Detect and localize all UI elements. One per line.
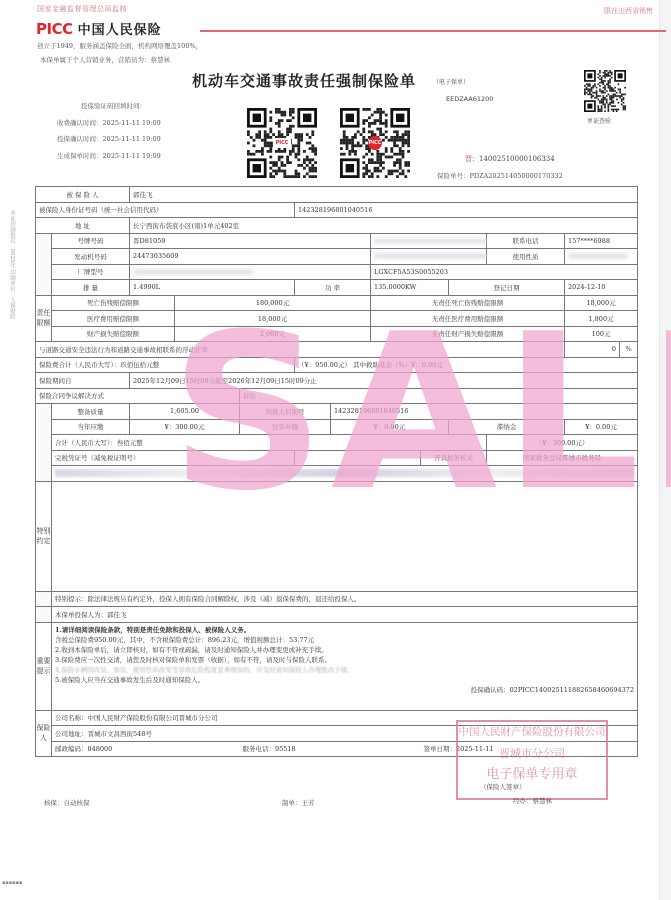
- tax-side-label: [36, 404, 52, 482]
- handler: 经办：蔡慧林: [513, 796, 552, 805]
- verify-qr-code-icon[interactable]: [584, 70, 626, 112]
- liability-row: 财产损失赔偿限额 2,000元 无责任财产损失赔偿限额 100元: [36, 326, 638, 342]
- insurer-side-label: 保险人: [36, 710, 52, 757]
- policyholder-row: 本保单投保人为：郭佳飞: [36, 607, 638, 623]
- policy-table: 被 保 险 人 郭佳飞 被保险人身份证号码（统一社会信用代码） 14232819…: [35, 186, 638, 757]
- insured-id-row: 被保险人身份证号码（统一社会信用代码） 142328196801040516: [36, 202, 638, 218]
- insurance-period: 2025年12月09日15时09分起至2026年12月09日15时09分止: [130, 373, 638, 389]
- usage-type: [565, 249, 638, 265]
- tax-office: 国家税务总局晋城市税务局: [487, 450, 638, 466]
- form-code: EEDZAA61200: [446, 95, 493, 103]
- picc-badge-icon: PICC: [273, 138, 291, 148]
- premium-amount: （¥：950.00元）: [298, 361, 351, 369]
- engine-row: 发动机号码 24473035609 使用性质: [36, 249, 638, 265]
- policy-document: 国家金融监督管理总局监制 PICC 中国人民保险 限在山西省销售 创立于1949…: [0, 0, 671, 900]
- tax-row: 当年应缴 ¥：300.00元 往年补缴 ¥：0.00元 滞纳金 ¥：0.00元: [36, 419, 638, 435]
- regulator-note: 国家金融监督管理总局监制: [37, 4, 127, 14]
- vin-number: LGXCF5A53S0055203: [371, 264, 638, 280]
- displacement-row: 排 量 1.4990L 功 率 135.0000KW 登记日期 2024-12-…: [36, 280, 638, 296]
- picc-badge-icon: PICC: [368, 136, 382, 150]
- insured-address: 长宁西街布袋底小区(南)1单元402室: [130, 218, 638, 234]
- important-notes-row: 重要提示 1.请详细阅读保险条款，特别是责任免除和投保人、被保险人义务。 含税总…: [36, 622, 638, 710]
- floating-rate-value: 0: [565, 342, 620, 358]
- verify-code: 02PICC140025111882658460694372: [510, 686, 634, 694]
- tagline-2: 本保单属于个人营销业务，营销员为：蔡慧林: [40, 55, 170, 64]
- liability-side-label: 责任限额: [36, 295, 52, 342]
- plate-number: 晋D81059: [130, 233, 371, 249]
- underwriting: 核保：自动核保: [44, 798, 90, 807]
- document-title-note: （电子保单）: [433, 77, 469, 86]
- time-row: 生成保单时间：2025-11-11 19:09: [57, 148, 161, 165]
- tax-blurred-row: [36, 466, 638, 482]
- insured-name: 郭佳飞: [130, 187, 638, 203]
- special-side-label: 特别约定: [36, 481, 52, 591]
- important-side-label: 重要提示: [36, 622, 52, 710]
- power: 135.0000KW: [371, 280, 449, 296]
- official-seal: 中国人民财产保险股份有限公司 晋城市分公司 电子保单专用章: [456, 720, 608, 800]
- header-rule: [200, 30, 666, 32]
- qr-code-icon[interactable]: PICC: [340, 108, 410, 178]
- brand-cn: 中国人民保险: [78, 19, 162, 38]
- liability-row: 医疗费用赔偿限额 18,000元 无责任医疗费用赔偿限额 1,800元: [36, 311, 638, 327]
- tax-row: 整备质量 1,605.00 纳税人识别号 142328196801040516: [36, 404, 638, 420]
- plate-row: 号牌号码 晋D81059 联系电话 157****6988: [36, 233, 638, 249]
- special-notice-row: 特别提示：除法律法规另有约定外，投保人拥有保险合同解除权，涉及（减）退保保费的，…: [36, 591, 638, 607]
- picc-logo: PICC 中国人民保险: [36, 19, 162, 38]
- engine-number: 24473035609: [130, 249, 371, 265]
- tagline-1: 创立于1949，服务涵盖保险全面，机构网络覆盖100%，: [37, 41, 202, 50]
- document-maker: 制单：王芳: [282, 798, 315, 807]
- address-row: 地 址 长宁西街布袋底小区(南)1单元402室: [36, 218, 638, 234]
- qr-code-icon[interactable]: PICC: [247, 108, 317, 178]
- displacement: 1.4990L: [130, 280, 295, 296]
- time-row: 投保验证码回填时间：: [81, 98, 161, 115]
- vehicle-model: [130, 264, 371, 280]
- tax-voucher-row: 完税凭证号（减免税证明号） 开具税务机关 国家税务总局晋城市税务局: [36, 450, 638, 466]
- premium-row: 保险费合计（人民币大写）：玖佰伍拾元整 （¥：950.00元） 其中救助基金（%…: [36, 357, 638, 373]
- contact-phone: 157****6988: [565, 233, 638, 249]
- timestamp-block: 投保验证码回填时间： 收费确认时间：2025-11-11 19:09 投保确认时…: [57, 98, 161, 164]
- period-row: 保险期间自 2025年12月09日15时09分起至2026年12月09日15时0…: [36, 373, 638, 389]
- liability-row: 责任限额 死亡伤残赔偿限额 180,000元 无责任死亡伤残赔偿限额 18,00…: [36, 295, 638, 311]
- special-terms-row: 特别约定: [36, 481, 638, 591]
- dispute-method: 诉讼: [240, 388, 638, 404]
- brand-latin: PICC: [36, 20, 73, 38]
- document-title: 机动车交通事故责任强制保险单: [192, 70, 416, 91]
- policy-number: 保险单号：PDZA202514050000170332: [437, 171, 563, 180]
- page-edge: [659, 0, 671, 900]
- dispute-row: 保险合同争议解决方式 诉讼: [36, 388, 638, 404]
- model-row: 厂牌型号 LGXCF5A53S0055203: [36, 264, 638, 280]
- time-row: 投保确认时间：2025-11-11 19:09: [57, 131, 161, 148]
- floating-rate-row: 与道路交通安全违法行为和道路交通事故相联系的浮动比率 0 %: [36, 342, 638, 358]
- registration-date: 2024-12-10: [565, 280, 638, 296]
- insured-name-row: 被 保 险 人 郭佳飞: [36, 187, 638, 203]
- insured-id: 142328196801040516: [295, 202, 638, 218]
- sales-region: 限在山西省销售: [604, 6, 653, 16]
- side-print-info: 单证印制批次：2025年 印制单位：人保财险: [6, 210, 16, 320]
- tax-total-row: 合计（人民币大写）：叁佰元整 （¥：300.00元）: [36, 435, 638, 451]
- insurer-seal-label: （保险人签章）: [480, 782, 526, 791]
- verify-qr-label: 单证查验: [587, 116, 611, 125]
- premium-words: 玖佰伍拾元整: [120, 361, 159, 369]
- province-serial: 晋：14002510000106334: [465, 154, 555, 164]
- time-row: 收费确认时间：2025-11-11 19:09: [57, 115, 161, 132]
- bottom-print-mark: ▪▪▪▪▪▪: [2, 880, 22, 886]
